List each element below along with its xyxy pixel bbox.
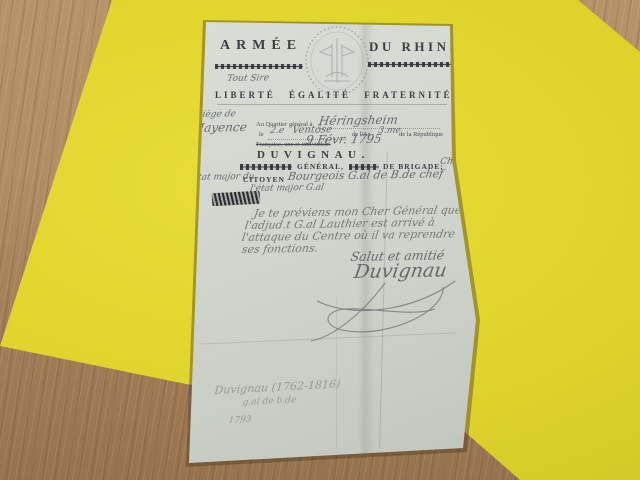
redacted-word	[240, 164, 292, 170]
ink-scribble-block	[212, 191, 261, 206]
dateline-republique: de la République	[399, 131, 443, 138]
pencil-note-2: g.al de b.de	[242, 395, 297, 408]
dateline-handwritten-date: 9 Févr. 1795	[305, 132, 383, 147]
dateline-le: le	[259, 131, 264, 138]
revolutionary-seal-icon	[302, 25, 372, 97]
name-duvignau: DUVIGNAU.	[257, 149, 370, 161]
etat-major2-hw: l'état major G.al	[249, 183, 324, 194]
pencil-note-3: 1793	[228, 415, 252, 426]
fold-line	[336, 298, 337, 448]
pencil-note-1: Duvignau (1762-1816)	[214, 377, 341, 397]
addressee-hw: Bourgeois G.al de B.de chef	[287, 167, 444, 183]
redacted-line-right	[368, 62, 454, 67]
motto: LIBERTÉ ÉGALITÉ FRATERNITÉ	[215, 90, 453, 100]
dateline-day: 2.e	[269, 126, 285, 136]
header-du-rhin: DU RHIN.	[369, 39, 456, 55]
header-armee: ARMÉE	[220, 38, 302, 54]
top-handwritten-note: Tout Sire	[226, 73, 269, 84]
photo: ARMÉE DU RHIN. Tout Sire LIBERTÉ ÉGALITÉ…	[0, 0, 640, 480]
redacted-line-left	[215, 64, 303, 69]
motto-underline	[217, 104, 447, 105]
